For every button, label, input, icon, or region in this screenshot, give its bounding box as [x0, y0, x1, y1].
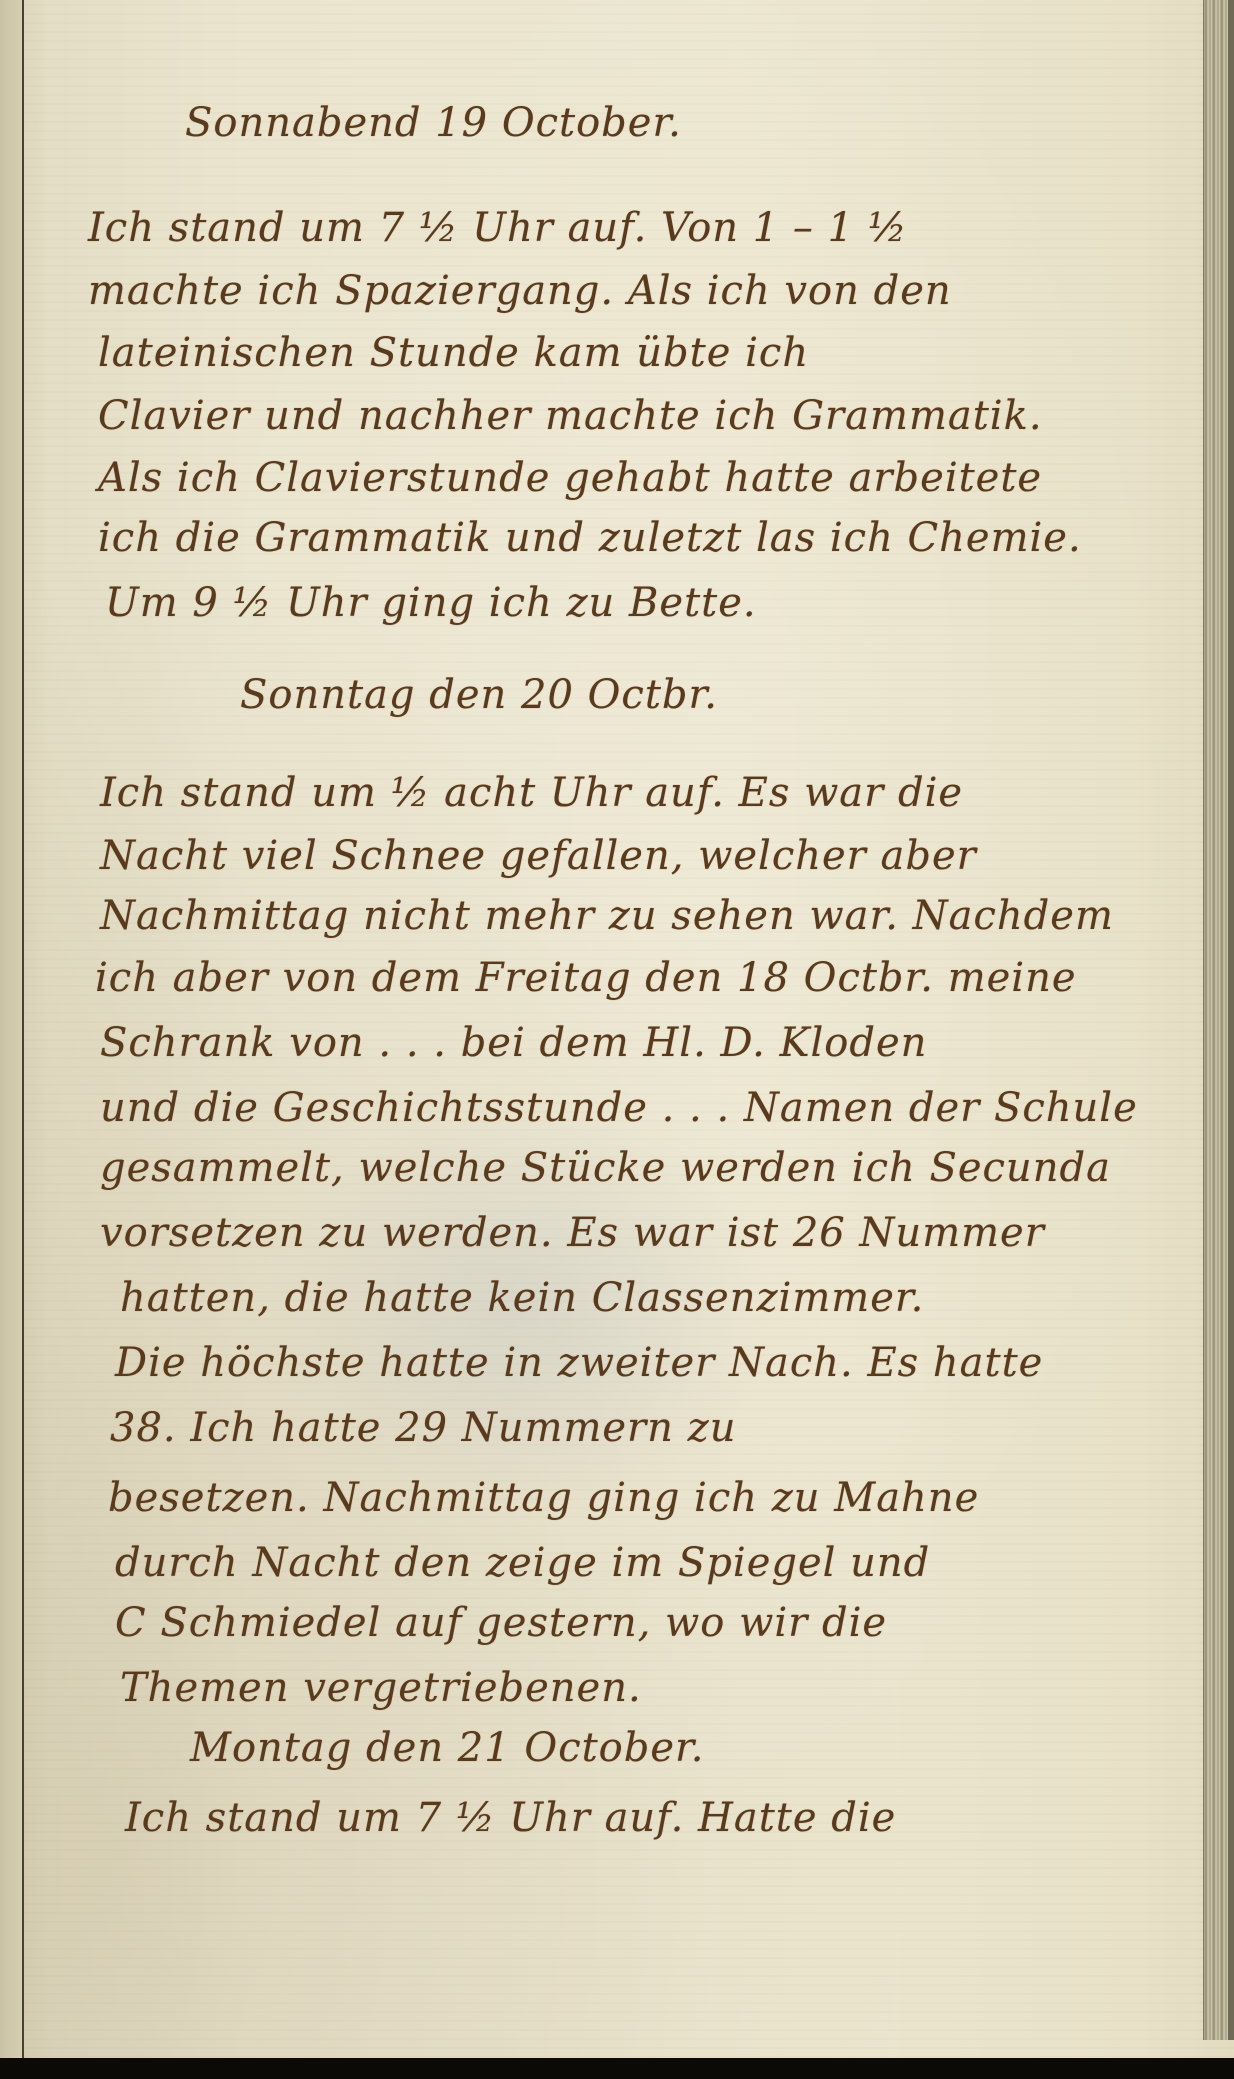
- entry-line: hatten, die hatte kein Classenzimmer.: [120, 1275, 924, 1321]
- entry-line: Die höchste hatte in zweiter Nach. Es ha…: [115, 1340, 1043, 1386]
- entry-line: Nacht viel Schnee gefallen, welcher aber: [100, 833, 977, 879]
- entry-line: vorsetzen zu werden. Es war ist 26 Numme…: [100, 1210, 1045, 1256]
- entry-heading: Sonnabend 19 October.: [185, 100, 682, 146]
- entry-line: machte ich Spaziergang. Als ich von den: [88, 268, 952, 314]
- entry-line: besetzen. Nachmittag ging ich zu Mahne: [108, 1475, 979, 1521]
- binding-gutter: [0, 0, 24, 2058]
- entry-line: 38. Ich hatte 29 Nummern zu: [110, 1405, 737, 1451]
- page-stack-edge: [1203, 0, 1234, 2040]
- entry-line: ich die Grammatik und zuletzt las ich Ch…: [98, 515, 1082, 561]
- entry-line: Um 9 ½ Uhr ging ich zu Bette.: [105, 580, 757, 626]
- entry-line: gesammelt, welche Stücke werden ich Secu…: [100, 1145, 1111, 1191]
- entry-heading: Montag den 21 October.: [190, 1725, 704, 1771]
- entry-line: und die Geschichtsstunde . . . Namen der…: [100, 1085, 1138, 1131]
- entry-line: Als ich Clavierstunde gehabt hatte arbei…: [98, 455, 1042, 501]
- entry-line: Nachmittag nicht mehr zu sehen war. Nach…: [100, 893, 1114, 939]
- entry-line: Ich stand um 7 ½ Uhr auf. Hatte die: [125, 1795, 896, 1841]
- entry-line: Clavier und nachher machte ich Grammatik…: [98, 393, 1043, 439]
- entry-line: durch Nacht den zeige im Spiegel und: [115, 1540, 930, 1586]
- entry-line: ich aber von dem Freitag den 18 Octbr. m…: [95, 955, 1077, 1001]
- scan-border: [0, 2058, 1234, 2079]
- entry-line: Ich stand um ½ acht Uhr auf. Es war die: [100, 770, 963, 816]
- entry-line: Schrank von . . . bei dem Hl. D. Kloden: [100, 1020, 927, 1066]
- entry-line: C Schmiedel auf gestern, wo wir die: [115, 1600, 887, 1646]
- entry-heading: Sonntag den 20 Octbr.: [240, 672, 718, 718]
- entry-line: Ich stand um 7 ½ Uhr auf. Von 1 – 1 ½: [88, 205, 908, 251]
- entry-line: Themen vergetriebenen.: [120, 1665, 642, 1711]
- entry-line: lateinischen Stunde kam übte ich: [98, 330, 809, 376]
